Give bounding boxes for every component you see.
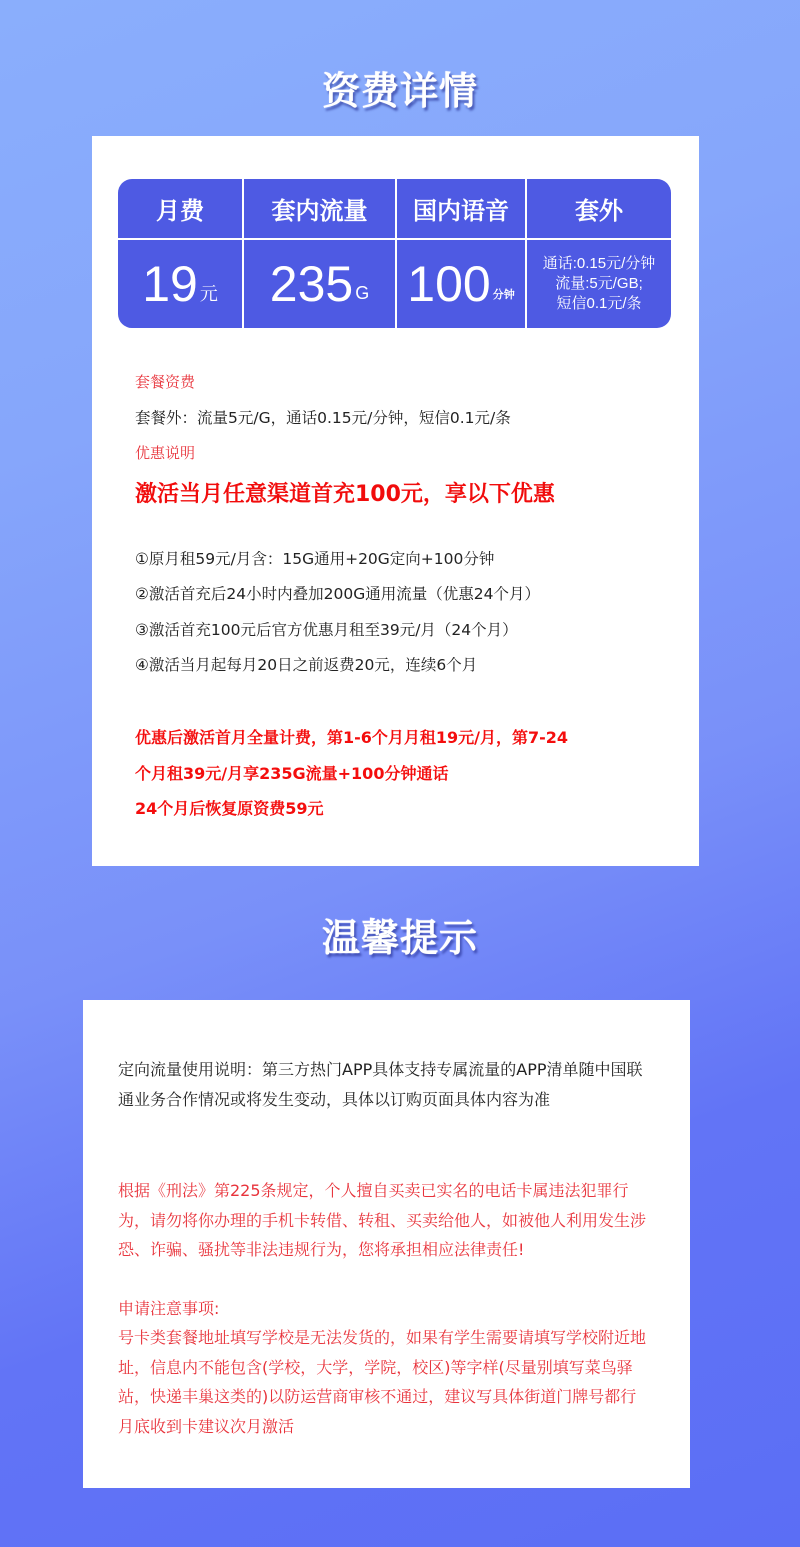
application-notes-label: 申请注意事项: <box>118 1294 648 1324</box>
monthly-fee-unit: 元 <box>200 280 218 306</box>
rate-table: 月费 套内流量 国内语音 套外 19 元 235 G 100 分钟 通话:0.1… <box>118 179 671 328</box>
package-fee-label: 套餐资费 <box>135 371 195 392</box>
directed-traffic-note: 定向流量使用说明：第三方热门APP具体支持专属流量的APP清单随中国联通业务合作… <box>118 1055 648 1114</box>
promo-item-3: ③激活首充100元后官方优惠月租至39元/月（24个月） <box>135 618 518 640</box>
overage-sms-rate: 短信0.1元/条 <box>543 294 656 314</box>
voice-unit: 分钟 <box>493 286 515 302</box>
package-fee-text: 套餐外：流量5元/G，通话0.15元/分钟，短信0.1元/条 <box>135 406 511 428</box>
summary-line-3: 24个月后恢复原资费59元 <box>135 796 324 819</box>
promo-item-2: ②激活首充后24小时内叠加200G通用流量（优惠24个月） <box>135 582 540 604</box>
promo-label: 优惠说明 <box>135 442 195 463</box>
tips-card: 定向流量使用说明：第三方热门APP具体支持专属流量的APP清单随中国联通业务合作… <box>83 1000 690 1488</box>
fees-section-title: 资费详情 <box>0 60 800 115</box>
voice-value: 100 <box>407 259 490 309</box>
promo-item-4: ④激活当月起每月20日之前返费20元，连续6个月 <box>135 653 477 675</box>
summary-line-2: 个月租39元/月享235G流量+100分钟通话 <box>135 761 448 784</box>
overage-cell: 通话:0.15元/分钟 流量:5元/GB; 短信0.1元/条 <box>527 240 671 328</box>
promo-item-1: ①原月租59元/月含：15G通用+20G定向+100分钟 <box>135 547 494 569</box>
header-monthly-fee: 月费 <box>118 179 244 240</box>
data-value: 235 <box>270 259 353 309</box>
fees-card: 月费 套内流量 国内语音 套外 19 元 235 G 100 分钟 通话:0.1… <box>92 136 699 866</box>
tips-section-title: 温馨提示 <box>0 907 800 962</box>
legal-warning: 根据《刑法》第225条规定，个人擅自买卖已实名的电话卡属违法犯罪行为，请勿将你办… <box>118 1176 648 1265</box>
monthly-fee-value: 19 <box>142 259 198 309</box>
application-notes: 号卡类套餐地址填写学校是无法发货的，如果有学生需要请填写学校附近地址，信息内不能… <box>118 1323 648 1441</box>
overage-call-rate: 通话:0.15元/分钟 <box>543 254 656 274</box>
header-voice: 国内语音 <box>397 179 527 240</box>
voice-cell: 100 分钟 <box>397 240 527 328</box>
overage-data-rate: 流量:5元/GB; <box>543 274 656 294</box>
monthly-fee-cell: 19 元 <box>118 240 244 328</box>
data-cell: 235 G <box>244 240 397 328</box>
header-overage: 套外 <box>527 179 671 240</box>
header-data: 套内流量 <box>244 179 397 240</box>
summary-line-1: 优惠后激活首月全量计费，第1-6个月月租19元/月，第7-24 <box>135 725 568 748</box>
data-unit: G <box>355 283 369 304</box>
promo-headline: 激活当月任意渠道首充100元，享以下优惠 <box>135 477 555 508</box>
